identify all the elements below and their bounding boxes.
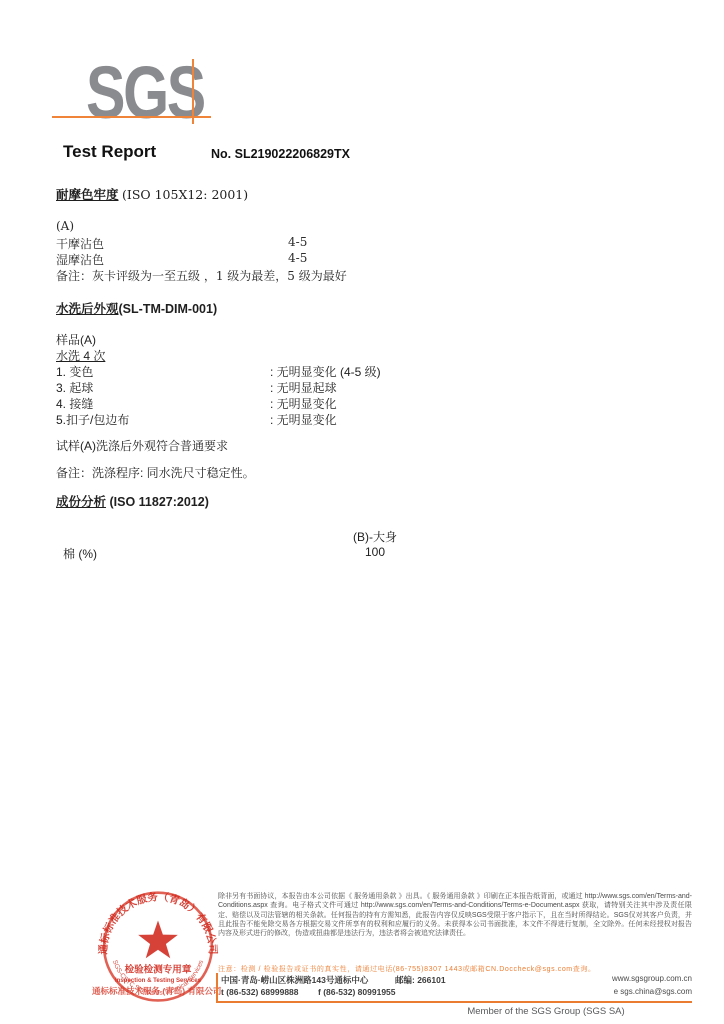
washing-conclusion: 试样(A)洗涤后外观符合普通要求 (56, 437, 228, 454)
composition-cotton-value: 100 (330, 545, 420, 559)
rubbing-heading-standard: (ISO 105X12: 2001) (122, 187, 248, 202)
report-number: No. SL219022206829TX (211, 147, 350, 161)
company-website: www.sgsgroup.com.cn (452, 974, 692, 983)
rubbing-sample-label: (A) (56, 219, 74, 233)
washing-row2-label: 3. 起球 (56, 379, 93, 396)
rubbing-note: 备注：灰卡评级为一至五级 ，1 级为最差，5 级为最好 (56, 267, 347, 284)
logo-horizontal-line (52, 116, 211, 118)
washing-row2-value: : 无明显起球 (270, 379, 337, 396)
section-composition-heading: 成份分析 (ISO 11827:2012) (56, 492, 209, 510)
washing-row-seam: 4. 接缝 : 无明显变化 (56, 395, 536, 409)
footer-horizontal-line (216, 1001, 692, 1003)
stamp-star-icon (138, 920, 178, 958)
rubbing-heading-text: 耐摩色牢度 (56, 188, 119, 202)
logo-vertical-line (192, 59, 194, 124)
washing-row1-value: : 无明显变化 (4-5 级) (270, 363, 381, 380)
phone-number: t (86-532) 68999888 (221, 987, 299, 997)
postal-code: 邮编: 266101 (395, 974, 446, 986)
section-washing-heading: 水洗后外观(SL-TM-DIM-001) (56, 299, 217, 317)
sgs-logo: SGS (86, 56, 233, 130)
washing-row4-label: 5.扣子/包边布 (56, 411, 129, 428)
washing-row-button: 5.扣子/包边布 : 无明显变化 (56, 411, 536, 425)
rubbing-dry-label: 干摩沾色 (56, 235, 104, 252)
composition-row-cotton: 棉 (%) 100 (63, 545, 543, 559)
rubbing-row-wet: 湿摩沾色 4-5 (56, 251, 456, 265)
rubbing-dry-value: 4-5 (288, 235, 307, 249)
company-email: e sgs.china@sgs.com (452, 987, 692, 996)
report-title: Test Report (63, 142, 156, 162)
washing-sample-label: 样品(A) (56, 331, 96, 348)
composition-heading-standard: (ISO 11827:2012) (110, 495, 209, 509)
composition-heading-text: 成份分析 (56, 495, 106, 509)
composition-cotton-label: 棉 (%) (63, 545, 97, 562)
sgs-group-member-text: Member of the SGS Group (SGS SA) (400, 1006, 692, 1017)
rubbing-wet-value: 4-5 (288, 251, 307, 265)
washing-note: 备注：洗涤程序: 同水洗尺寸稳定性。 (56, 464, 255, 481)
rubbing-wet-label: 湿摩沾色 (56, 251, 104, 268)
section-rubbing-heading: 耐摩色牢度 (ISO 105X12: 2001) (56, 185, 248, 203)
washing-row4-value: : 无明显变化 (270, 411, 337, 428)
washing-cycles-label: 水洗 4 次 (56, 347, 105, 364)
rubbing-row-dry: 干摩沾色 4-5 (56, 235, 456, 249)
stamp-company-name-overlay: 通标标准技术服务 (青岛) 有限公司 (92, 985, 221, 997)
fax-number: f (86-532) 80991955 (318, 987, 396, 997)
washing-row-color-change: 1. 变色 : 无明显变化 (4-5 级) (56, 363, 536, 377)
stamp-center-title: 检验检测专用章 (125, 964, 192, 976)
washing-row-pilling: 3. 起球 : 无明显起球 (56, 379, 536, 393)
test-report-page: SGS Test Report No. SL219022206829TX 耐摩色… (0, 0, 724, 1024)
washing-row1-label: 1. 变色 (56, 363, 93, 380)
composition-column-header: (B)-大身 (330, 528, 420, 545)
washing-row3-label: 4. 接缝 (56, 395, 93, 412)
washing-heading-method: (SL-TM-DIM-001) (119, 302, 218, 316)
washing-row3-value: : 无明显变化 (270, 395, 337, 412)
authenticity-notice: 注意：检测 / 检验报告或证书的真实性，请通过电话(86-755)8307 14… (218, 964, 596, 974)
footer-vertical-line (216, 973, 218, 1003)
sgs-logo-text: SGS (86, 56, 204, 130)
company-address: 中国·青岛·崂山区株洲路143号通标中心 (221, 974, 368, 986)
washing-heading-text: 水洗后外观 (56, 302, 119, 316)
terms-and-conditions-text: 除非另有书面协议，本报告由本公司依据《 服务通用条款 》出具。《 服务通用条款 … (218, 892, 692, 938)
